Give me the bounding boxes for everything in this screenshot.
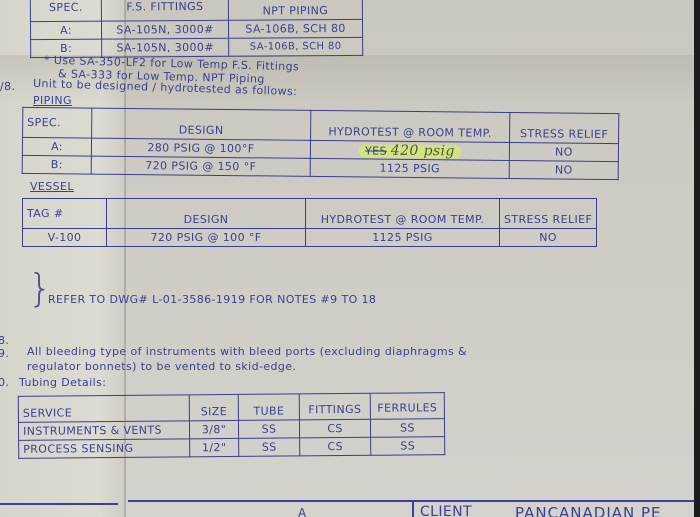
cell: SS [238,420,299,439]
cell: 1125 PSIG [306,229,500,247]
cell: SA-105N, 3000# [102,38,229,57]
refer-note: REFER TO DWG# L-01-3586-1919 FOR NOTES #… [48,293,376,306]
cell: SS [239,438,300,457]
client-label: CLIENT [420,504,472,517]
header-cell: SPEC. [23,107,92,138]
title-block-fragment: A [298,506,307,517]
cell: A: [30,21,101,39]
header-cell: F.S. FITTINGS [101,0,228,21]
table-row: SERVICE SIZE TUBE FITTINGS FERRULES [18,393,444,423]
table-row: A: SA-105N, 3000# SA-106B, SCH 80 [30,19,362,39]
struck-value: YES [365,144,387,157]
header-cell: TAG # [23,199,107,229]
header-cell: STRESS RELIEF [510,112,619,143]
header-cell: DESIGN [107,199,306,229]
piping-table: SPEC. DESIGN HYDROTEST @ ROOM TEMP. STRE… [22,107,620,180]
cell: SA-105N, 3000# [101,20,228,39]
handwritten-value: 420 psig [391,142,455,159]
header-cell: HYDROTEST @ ROOM TEMP. [306,199,500,229]
header-cell: TUBE [238,394,299,421]
cell: INSTRUMENTS & VENTS [18,421,189,440]
header-cell: DESIGN [92,108,311,140]
cell: PROCESS SENSING [19,439,190,458]
header-cell: NPT PIPING [228,0,362,20]
cell: SS [371,437,445,456]
cell: SS [370,419,444,438]
cell: 720 PSIG @ 100 °F [107,229,306,247]
header-cell: FERRULES [370,393,444,420]
header-cell: SERVICE [18,395,189,422]
photo-edge [694,0,700,517]
header-cell: FITTINGS [299,393,370,420]
header-cell: HYDROTEST @ ROOM TEMP. [311,110,510,142]
cell: NO [509,142,618,161]
note10-text: Tubing Details: [19,376,106,389]
cell: NO [509,160,618,179]
cell: 1125 PSIG [310,158,509,178]
cell: A: [22,137,91,156]
cell: B: [22,155,91,174]
tubing-table: SERVICE SIZE TUBE FITTINGS FERRULES INST… [18,392,446,459]
table-row: PROCESS SENSING 1/2" SS CS SS [19,437,445,459]
header-cell: SPEC. [30,0,101,22]
note9-line2: regulator bonnets) to be vented to skid-… [27,360,296,373]
cell: 720 PSIG @ 150 °F [91,156,310,176]
spec-table: SPEC. F.S. FITTINGS NPT PIPING A: SA-105… [30,0,363,58]
cell: CS [300,437,371,456]
note8-marker: 8. [0,334,9,347]
cell: YES 420 psig [310,140,509,160]
header-cell: STRESS RELIEF [500,199,597,229]
note9-number: 9. [0,347,9,360]
table-row: V-100 720 PSIG @ 100 °F 1125 PSIG NO [23,229,597,247]
cell: SA-106B, SCH 80 [228,19,362,38]
cell: 3/8" [189,420,238,438]
title-block-divider [412,502,414,517]
header-cell: SIZE [189,394,238,420]
note10-number: 0. [0,376,9,389]
note8-number: /8. [0,80,16,93]
vessel-heading: VESSEL [30,180,74,193]
piping-heading: PIPING [33,94,72,107]
cell: 280 PSIG @ 100°F [91,138,310,158]
vessel-table: TAG # DESIGN HYDROTEST @ ROOM TEMP. STRE… [22,198,597,247]
cell: V-100 [23,229,107,247]
cell: NO [500,229,597,247]
cell: SA-106B, SCH 80 [229,37,363,56]
cell: CS [299,419,370,438]
client-value: PANCANADIAN PE [515,504,662,517]
table-row: SPEC. F.S. FITTINGS NPT PIPING [30,0,362,22]
cell: 1/2" [190,438,239,456]
note9-line1: All bleeding type of instruments with bl… [27,345,467,358]
title-block-border [128,500,694,502]
title-block-border [0,503,118,505]
table-row: TAG # DESIGN HYDROTEST @ ROOM TEMP. STRE… [23,199,597,229]
